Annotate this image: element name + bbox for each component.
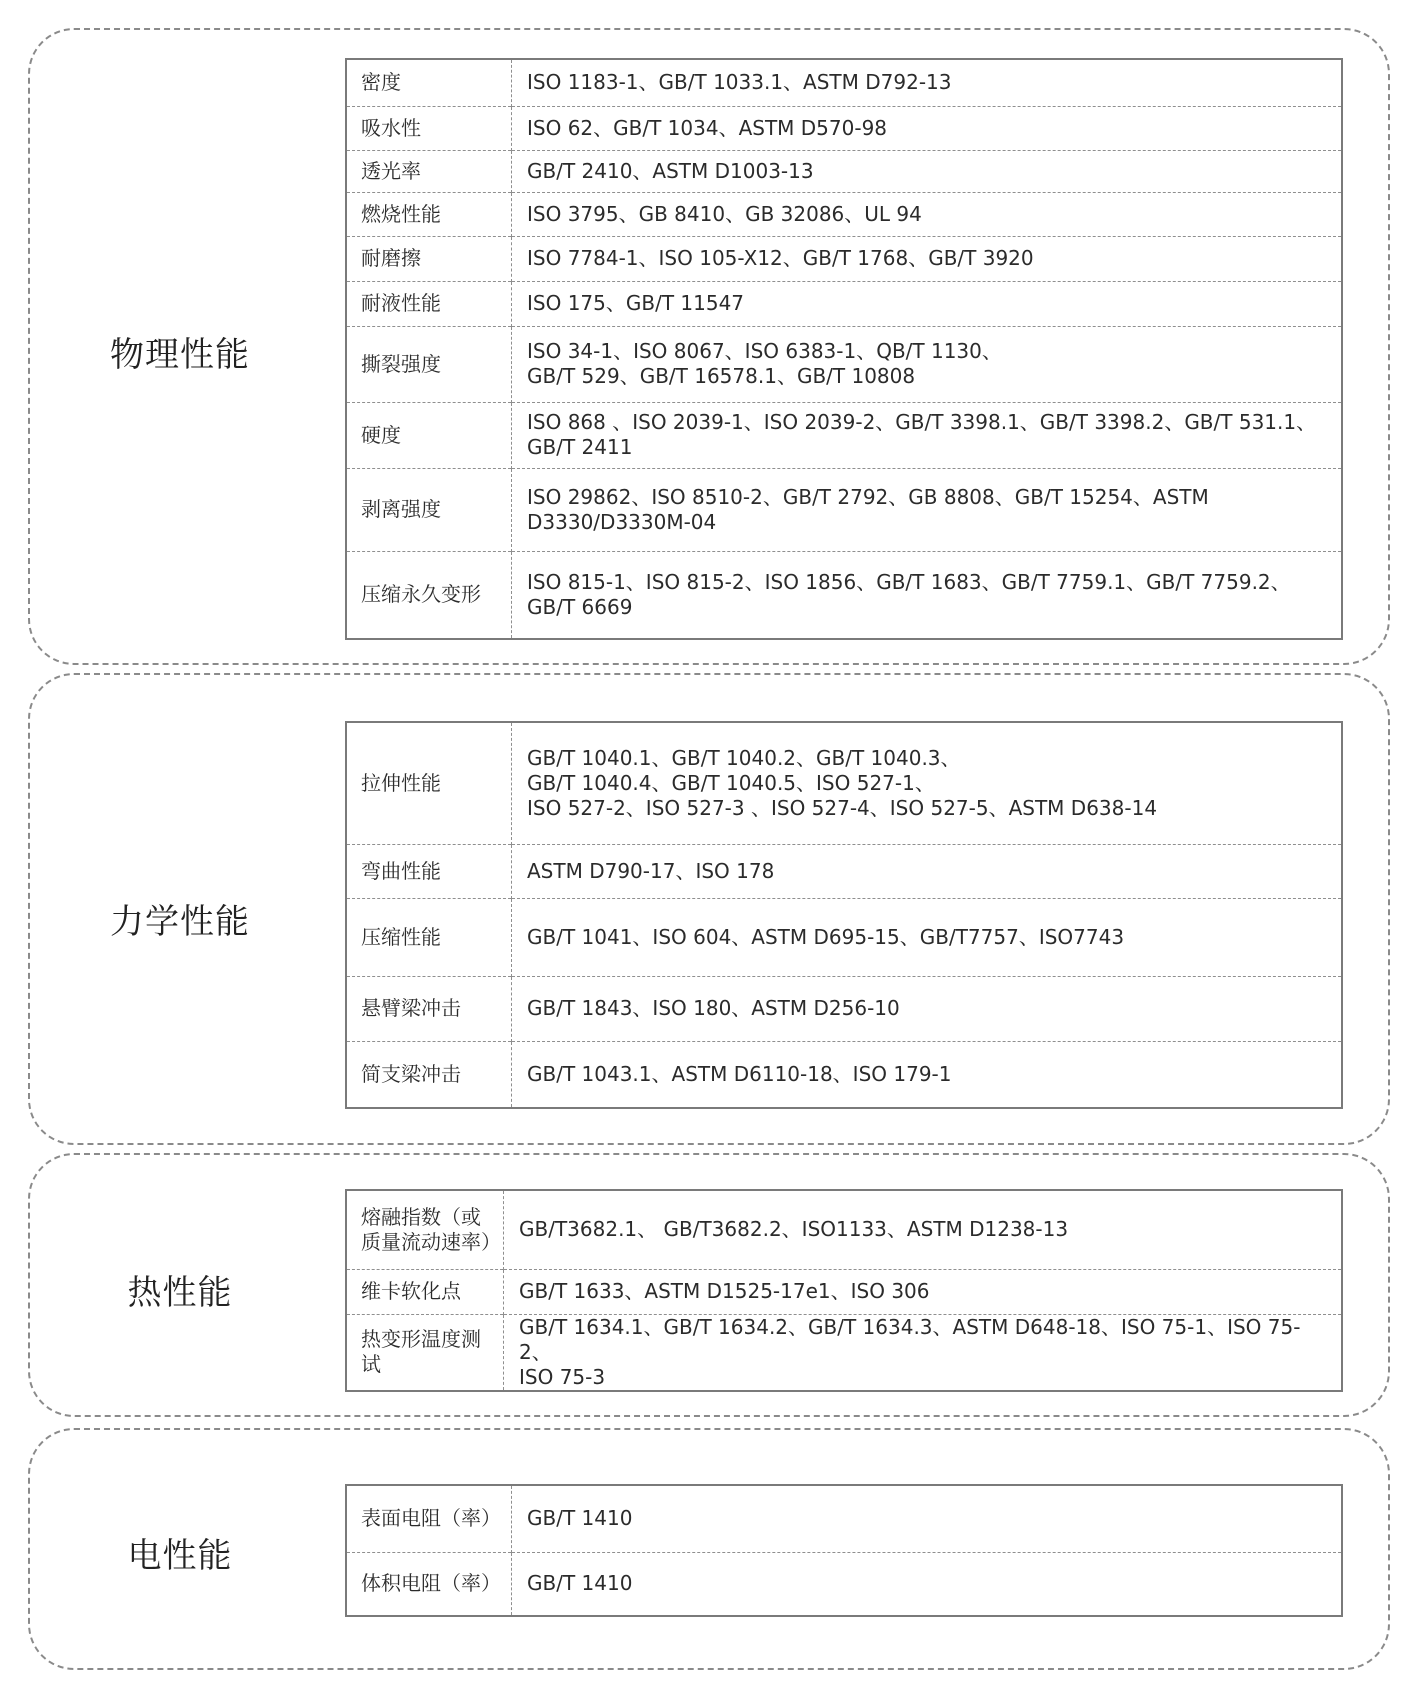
- property-cell: 硬度: [346, 402, 512, 468]
- property-cell: 弯曲性能: [346, 844, 512, 898]
- property-cell: 拉伸性能: [346, 722, 512, 844]
- table-row: 热变形温度测试GB/T 1634.1、GB/T 1634.2、GB/T 1634…: [346, 1314, 1342, 1391]
- property-cell: 压缩性能: [346, 898, 512, 976]
- table-row: 剥离强度ISO 29862、ISO 8510-2、GB/T 2792、GB 88…: [346, 468, 1342, 551]
- table-row: 体积电阻（率）GB/T 1410: [346, 1552, 1342, 1616]
- standards-cell: GB/T 1634.1、GB/T 1634.2、GB/T 1634.3、ASTM…: [504, 1314, 1343, 1391]
- table-row: 压缩永久变形ISO 815-1、ISO 815-2、ISO 1856、GB/T …: [346, 551, 1342, 639]
- table-row: 拉伸性能GB/T 1040.1、GB/T 1040.2、GB/T 1040.3、…: [346, 722, 1342, 844]
- property-cell: 体积电阻（率）: [346, 1552, 512, 1616]
- section-title-physical: 物理性能: [60, 327, 300, 376]
- standards-cell: GB/T 1410: [512, 1552, 1343, 1616]
- table-row: 耐液性能ISO 175、GB/T 11547: [346, 281, 1342, 326]
- table-row: 耐磨擦ISO 7784-1、ISO 105-X12、GB/T 1768、GB/T…: [346, 236, 1342, 281]
- table-row: 密度ISO 1183-1、GB/T 1033.1、ASTM D792-13: [346, 59, 1342, 106]
- property-cell: 热变形温度测试: [346, 1314, 504, 1391]
- standards-cell: GB/T 1041、ISO 604、ASTM D695-15、GB/T7757、…: [512, 898, 1343, 976]
- standards-cell: GB/T 1633、ASTM D1525-17e1、ISO 306: [504, 1269, 1343, 1314]
- standards-cell: GB/T3682.1、 GB/T3682.2、ISO1133、ASTM D123…: [504, 1190, 1343, 1269]
- standards-cell: ISO 175、GB/T 11547: [512, 281, 1343, 326]
- property-cell: 维卡软化点: [346, 1269, 504, 1314]
- standards-cell: GB/T 1410: [512, 1485, 1343, 1552]
- standards-cell: GB/T 1843、ISO 180、ASTM D256-10: [512, 976, 1343, 1041]
- standards-cell: GB/T 2410、ASTM D1003-13: [512, 150, 1343, 192]
- property-cell: 悬臂梁冲击: [346, 976, 512, 1041]
- property-cell: 燃烧性能: [346, 192, 512, 236]
- table-row: 燃烧性能ISO 3795、GB 8410、GB 32086、UL 94: [346, 192, 1342, 236]
- table-row: 弯曲性能ASTM D790-17、ISO 178: [346, 844, 1342, 898]
- property-cell: 密度: [346, 59, 512, 106]
- property-cell: 耐液性能: [346, 281, 512, 326]
- standards-table-electrical: 表面电阻（率）GB/T 1410 体积电阻（率）GB/T 1410: [345, 1484, 1343, 1617]
- standards-cell: ISO 7784-1、ISO 105-X12、GB/T 1768、GB/T 39…: [512, 236, 1343, 281]
- standards-cell: ISO 62、GB/T 1034、ASTM D570-98: [512, 106, 1343, 150]
- standards-cell: ISO 29862、ISO 8510-2、GB/T 2792、GB 8808、G…: [512, 468, 1343, 551]
- table-row: 压缩性能GB/T 1041、ISO 604、ASTM D695-15、GB/T7…: [346, 898, 1342, 976]
- property-cell: 剥离强度: [346, 468, 512, 551]
- standards-cell: ASTM D790-17、ISO 178: [512, 844, 1343, 898]
- standards-cell: ISO 1183-1、GB/T 1033.1、ASTM D792-13: [512, 59, 1343, 106]
- property-cell: 表面电阻（率）: [346, 1485, 512, 1552]
- property-cell: 压缩永久变形: [346, 551, 512, 639]
- standards-cell: ISO 815-1、ISO 815-2、ISO 1856、GB/T 1683、G…: [512, 551, 1343, 639]
- property-cell: 吸水性: [346, 106, 512, 150]
- property-cell: 熔融指数（或质量流动速率）: [346, 1190, 504, 1269]
- standards-cell: ISO 868 、ISO 2039-1、ISO 2039-2、GB/T 3398…: [512, 402, 1343, 468]
- table-row: 撕裂强度ISO 34-1、ISO 8067、ISO 6383-1、QB/T 11…: [346, 326, 1342, 402]
- table-row: 熔融指数（或质量流动速率）GB/T3682.1、 GB/T3682.2、ISO1…: [346, 1190, 1342, 1269]
- table-row: 悬臂梁冲击GB/T 1843、ISO 180、ASTM D256-10: [346, 976, 1342, 1041]
- standards-table-mechanical: 拉伸性能GB/T 1040.1、GB/T 1040.2、GB/T 1040.3、…: [345, 721, 1343, 1109]
- table-row: 透光率GB/T 2410、ASTM D1003-13: [346, 150, 1342, 192]
- table-row: 简支梁冲击GB/T 1043.1、ASTM D6110-18、ISO 179-1: [346, 1041, 1342, 1108]
- section-title-mechanical: 力学性能: [60, 894, 300, 943]
- property-cell: 透光率: [346, 150, 512, 192]
- standards-cell: GB/T 1043.1、ASTM D6110-18、ISO 179-1: [512, 1041, 1343, 1108]
- property-cell: 简支梁冲击: [346, 1041, 512, 1108]
- section-title-thermal: 热性能: [60, 1265, 300, 1314]
- table-row: 表面电阻（率）GB/T 1410: [346, 1485, 1342, 1552]
- section-title-electrical: 电性能: [60, 1528, 300, 1577]
- table-row: 维卡软化点GB/T 1633、ASTM D1525-17e1、ISO 306: [346, 1269, 1342, 1314]
- property-cell: 耐磨擦: [346, 236, 512, 281]
- table-row: 硬度ISO 868 、ISO 2039-1、ISO 2039-2、GB/T 33…: [346, 402, 1342, 468]
- standards-cell: ISO 3795、GB 8410、GB 32086、UL 94: [512, 192, 1343, 236]
- property-cell: 撕裂强度: [346, 326, 512, 402]
- standards-cell: GB/T 1040.1、GB/T 1040.2、GB/T 1040.3、 GB/…: [512, 722, 1343, 844]
- standards-table-physical: 密度ISO 1183-1、GB/T 1033.1、ASTM D792-13 吸水…: [345, 58, 1343, 640]
- standards-cell: ISO 34-1、ISO 8067、ISO 6383-1、QB/T 1130、 …: [512, 326, 1343, 402]
- standards-table-thermal: 熔融指数（或质量流动速率）GB/T3682.1、 GB/T3682.2、ISO1…: [345, 1189, 1343, 1392]
- table-row: 吸水性ISO 62、GB/T 1034、ASTM D570-98: [346, 106, 1342, 150]
